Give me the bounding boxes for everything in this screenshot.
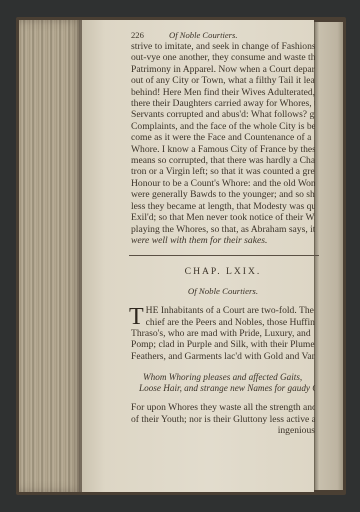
text-line: were generally Bawds to the younger; and… (131, 189, 315, 200)
text-line: Patrimony in Apparel. Now when a Court d… (131, 64, 315, 75)
text-line: behind! Here Men find their Wives Adulte… (131, 87, 315, 98)
text-line: out of any City or Town, what a filthy T… (131, 75, 315, 86)
closing-paragraph: For upon Whores they waste all the stren… (131, 402, 315, 436)
verse-line: Whom Whoring pleases and affected Gaits, (143, 372, 315, 383)
chapter-subtitle: Of Noble Courtiers. (131, 286, 315, 297)
text-line: of their Youth; nor is their Gluttony le… (131, 414, 315, 425)
catchword: ingenious (131, 425, 315, 436)
text-line: come as it were the Face and Countenance… (131, 132, 315, 143)
running-title: Of Noble Courtiers. (169, 30, 238, 41)
page-content: 226 Of Noble Courtiers. strive to imitat… (131, 30, 315, 436)
text-line: Whore. I know a Famous City of France by… (131, 144, 315, 155)
verse-quote: Whom Whoring pleases and affected Gaits,… (143, 372, 315, 394)
text-line: HE Inhabitants of a Court are two-fold. … (146, 305, 315, 316)
text-line: Servants corrupted and abus'd: What foll… (131, 109, 315, 120)
text-line: there their Daughters carried away for W… (131, 98, 315, 109)
text-line: For upon Whores they waste all the stren… (131, 402, 315, 413)
text-line: out-vye one another, they consume and wa… (131, 52, 315, 63)
chapter-heading: CHAP. LXIX. (131, 266, 315, 277)
page-stack-edge (19, 20, 83, 492)
text-line: Thraso's, who are mad with Pride, Luxury… (131, 328, 315, 339)
text-line: tron or a Virgin left; so that it was co… (131, 166, 315, 177)
text-line: Feathers, and Garments lac'd with Gold a… (131, 351, 315, 362)
text-line: Honour to be a Count's Whore: and the ol… (131, 178, 315, 189)
text-line: means so corrupted, that there was hardl… (131, 155, 315, 166)
verse-line: Loose Hair, and strange new Names for ga… (139, 383, 315, 394)
text-line: were well with them for their sakes. (131, 235, 315, 246)
section-divider (129, 255, 319, 256)
text-line: less they became at length, that Modesty… (131, 201, 315, 212)
chapter-opening-paragraph: T HE Inhabitants of a Court are two-fold… (131, 305, 315, 362)
text-line: Exil'd; so that Men never took notice of… (131, 212, 315, 223)
text-line: Pomp; clad in Purple and Silk, with thei… (131, 339, 315, 350)
text-line: chief are the Peers and Nobles, those Hu… (146, 317, 315, 328)
page-number: 226 (131, 30, 144, 41)
text-line: Complaints, and the face of the whole Ci… (131, 121, 315, 132)
page-header: 226 Of Noble Courtiers. (131, 30, 315, 41)
body-paragraph: strive to imitate, and seek in change of… (131, 41, 315, 246)
text-line: strive to imitate, and seek in change of… (131, 41, 315, 52)
text-line: playing the Whores, so that, as Abraham … (131, 224, 315, 235)
drop-cap: T (129, 307, 144, 327)
